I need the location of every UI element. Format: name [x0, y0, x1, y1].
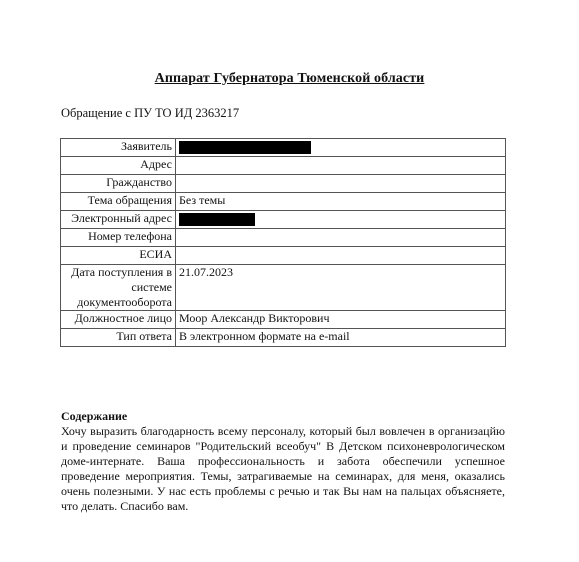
field-value-email: [176, 211, 506, 229]
field-label-official: Должностное лицо: [61, 311, 176, 329]
table-row: Заявитель: [61, 139, 506, 157]
field-label-email: Электронный адрес: [61, 211, 176, 229]
table-row: Тема обращения Без темы: [61, 193, 506, 211]
field-value-address: [176, 157, 506, 175]
table-row: Гражданство: [61, 175, 506, 193]
field-label-phone: Номер телефона: [61, 229, 176, 247]
content-text: Хочу выразить благодарность всему персон…: [61, 424, 505, 514]
field-value-response-type: В электронном формате на e-mail: [176, 329, 506, 347]
appeal-info-table: Заявитель Адрес Гражданство Тема обращен…: [60, 138, 506, 347]
table-row: Электронный адрес: [61, 211, 506, 229]
table-row: Адрес: [61, 157, 506, 175]
field-value-official: Моор Александр Викторович: [176, 311, 506, 329]
field-label-response-type: Тип ответа: [61, 329, 176, 347]
field-label-received-date: Дата поступления в системе документообор…: [61, 265, 176, 311]
table-row: Номер телефона: [61, 229, 506, 247]
field-value-phone: [176, 229, 506, 247]
field-value-esia: [176, 247, 506, 265]
redaction-block: [179, 141, 311, 154]
table-row: ЕСИА: [61, 247, 506, 265]
document-title: Аппарат Губернатора Тюменской области: [0, 71, 579, 87]
field-value-received-date: 21.07.2023: [176, 265, 506, 311]
content-heading: Содержание: [61, 409, 505, 424]
table-row: Должностное лицо Моор Александр Викторов…: [61, 311, 506, 329]
field-label-citizenship: Гражданство: [61, 175, 176, 193]
appeal-id-line: Обращение с ПУ ТО ИД 2363217: [61, 106, 239, 121]
field-value-applicant: [176, 139, 506, 157]
content-section: Содержание Хочу выразить благодарность в…: [61, 409, 505, 514]
field-label-esia: ЕСИА: [61, 247, 176, 265]
field-value-citizenship: [176, 175, 506, 193]
field-label-applicant: Заявитель: [61, 139, 176, 157]
field-label-subject: Тема обращения: [61, 193, 176, 211]
table-row: Тип ответа В электронном формате на e-ma…: [61, 329, 506, 347]
redaction-block: [179, 213, 255, 226]
field-label-address: Адрес: [61, 157, 176, 175]
table-row: Дата поступления в системе документообор…: [61, 265, 506, 311]
field-value-subject: Без темы: [176, 193, 506, 211]
